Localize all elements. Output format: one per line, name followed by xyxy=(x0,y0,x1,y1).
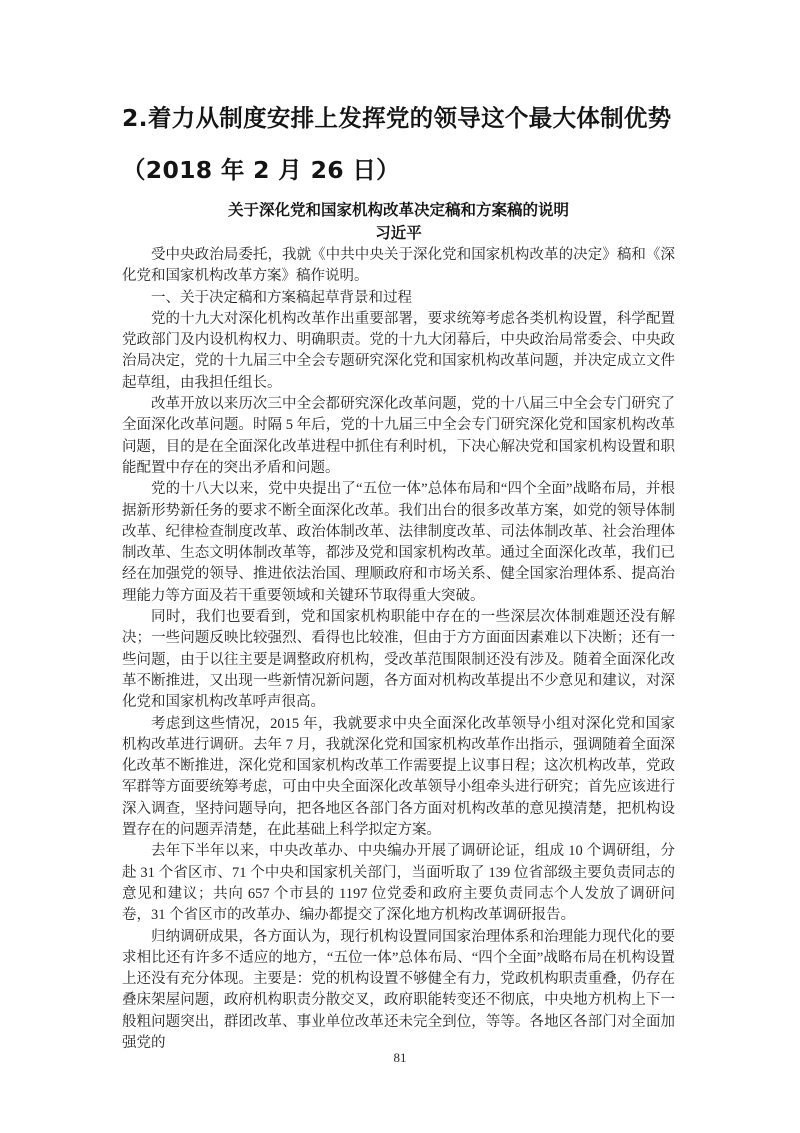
paragraph: 去年下半年以来，中央改革办、中央编办开展了调研论证，组成 10 个调研组，分赴 … xyxy=(122,841,675,926)
document-title: 2.着力从制度安排上发挥党的领导这个最大体制优势（2018 年 2 月 26 日… xyxy=(122,92,675,196)
paragraph-intro: 受中央政治局委托，我就《中共中央关于深化党和国家机构改革的决定》稿和《深化党和国… xyxy=(122,245,675,288)
page-content: 2.着力从制度安排上发挥党的领导这个最大体制优势（2018 年 2 月 26 日… xyxy=(122,0,675,1054)
paragraph: 改革开放以来历次三中全会都研究深化改革问题，党的十八届三中全会专门研究了全面深化… xyxy=(122,394,675,479)
section-heading-1: 一、关于决定稿和方案稿起草背景和过程 xyxy=(122,288,675,309)
paragraph: 归纳调研成果，各方面认为，现行机构设置同国家治理体系和治理能力现代化的要求相比还… xyxy=(122,927,675,1055)
author-name: 习近平 xyxy=(122,222,675,245)
paragraph: 党的十九大对深化机构改革作出重要部署，要求统筹考虑各类机构设置，科学配置党政部门… xyxy=(122,309,675,394)
page-number: 81 xyxy=(0,1050,800,1066)
document-subtitle: 关于深化党和国家机构改革决定稿和方案稿的说明 xyxy=(122,199,675,222)
paragraph: 党的十八大以来，党中央提出了“五位一体”总体布局和“四个全面”战略布局，并根据新… xyxy=(122,479,675,607)
document-page: 2.着力从制度安排上发挥党的领导这个最大体制优势（2018 年 2 月 26 日… xyxy=(0,0,800,1133)
paragraph: 考虑到这些情况，2015 年，我就要求中央全面深化改革领导小组对深化党和国家机构… xyxy=(122,714,675,842)
paragraph: 同时，我们也要看到，党和国家机构职能中存在的一些深层次体制难题还没有解决；一些问… xyxy=(122,607,675,713)
document-body: 受中央政治局委托，我就《中共中央关于深化党和国家机构改革的决定》稿和《深化党和国… xyxy=(122,245,675,1054)
